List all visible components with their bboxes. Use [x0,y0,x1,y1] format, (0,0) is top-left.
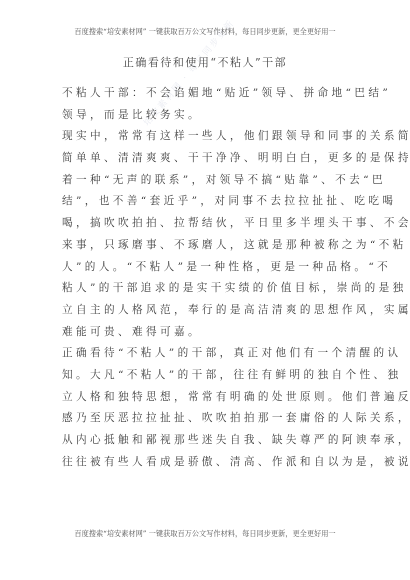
body-line: 立人格和独特思想，常常有明确的处世原则。他们普遍反 [62,387,350,409]
body-line: 正确看待“不粘人”的干部，真正对他们有一个清醒的认 [62,343,350,365]
body-line: 领导，而是比较务实。 [62,105,350,127]
body-line: 简单单、清清爽爽、干干净净、明明白白，更多的是保持 [62,148,350,170]
body-line: 着一种“无声的联系”，对领导不搞“贴靠”、不去“巴 [62,170,350,192]
body-line: 往往被有些人看成是骄傲、清高、作派和自以为是，被说 [62,452,350,474]
body-line: 现实中，常常有这样一些人，他们跟领导和同事的关系简 [62,126,350,148]
body-line: 知。大凡“不粘人”的干部，往往有鲜明的独自个性、独 [62,365,350,387]
body-line: 结”，也不善“套近乎”，对同事不去拉拉扯扯、吃吃喝 [62,191,350,213]
body-line: 人”的人。“不粘人”是一种性格，更是一种品格。“不 [62,257,350,279]
body-line: 难能可贵、难得可嘉。 [62,322,350,344]
body-line: 不粘人干部：不会谄媚地“贴近”领导、拼命地“巴结” [62,83,350,105]
body-line: 喝，搞吹吹拍拍、拉帮结伙，平日里多半埋头干事、不会 [62,213,350,235]
page-footer-banner: 百度搜索“培安素材网” 一键获取百万公文写作材料，每日同步更新，更全更好用一 [0,529,410,539]
page-header-banner: 百度搜索“培安素材网” 一键获取百万公文写作材料，每日同步更新，更全更好用一 [0,27,410,37]
document-body: 不粘人干部：不会谄媚地“贴近”领导、拼命地“巴结” 领导，而是比较务实。 现实中… [62,83,350,473]
body-line: 粘人”的干部追求的是实干实绩的价值目标，崇尚的是独 [62,278,350,300]
body-line: 来事，只琢磨事、不琢磨人，这就是那种被称之为“不粘 [62,235,350,257]
body-line: 从内心抵触和鄙视那些迷失自我、缺失尊严的阿谀奉承， [62,430,350,452]
body-line: 立自主的人格风范，奉行的是高洁清爽的思想作风，实属 [62,300,350,322]
body-line: 感乃至厌恶拉拉扯扯、吹吹拍拍那一套庸俗的人际关系， [62,408,350,430]
document-title: 正确看待和使用“不粘人”干部 [0,54,410,70]
